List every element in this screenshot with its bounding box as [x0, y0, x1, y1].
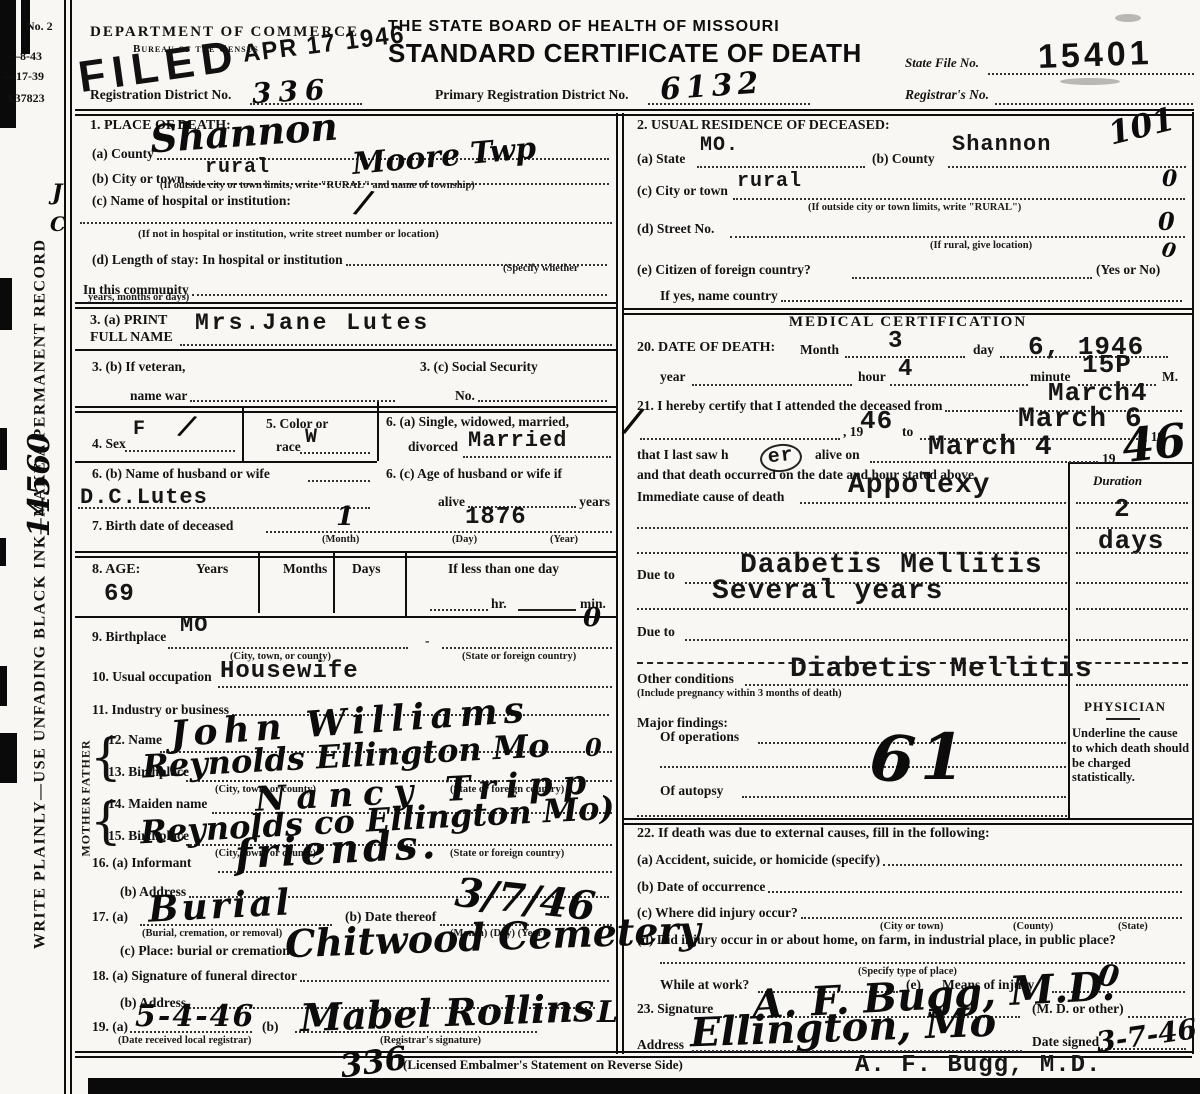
- injury-state-caption: (State): [1118, 921, 1148, 932]
- date-of-death-label: 20. DATE OF DEATH:: [637, 340, 775, 355]
- field-name-war: name war: [130, 388, 398, 404]
- footer-district-number: 336: [338, 1042, 409, 1083]
- dotted-line: [890, 384, 1028, 386]
- dash: -: [425, 634, 430, 649]
- scan-smudge: [1115, 14, 1141, 22]
- findings-scribble2: 1: [920, 726, 965, 790]
- sex-value: F: [133, 420, 146, 440]
- disposition-label: 17. (a): [92, 910, 128, 925]
- dotted-line: [1076, 684, 1188, 686]
- citizen-label: (e) Citizen of foreign country?: [637, 263, 811, 278]
- father-name-label: 12. Name: [108, 733, 162, 748]
- scan-mark: [0, 538, 6, 566]
- field-date-occurrence: (b) Date of occurrence: [637, 879, 1185, 895]
- age-years-header: Years: [196, 562, 228, 577]
- birth-date-label: 7. Birth date of deceased: [92, 519, 233, 534]
- disposition-value: Burial: [147, 884, 293, 928]
- margin-scribble: C: [50, 214, 66, 234]
- field-name-country: If yes, name country: [660, 288, 1185, 304]
- rule: [75, 349, 616, 351]
- scan-mark: [0, 666, 7, 706]
- registration-district-value: 336: [251, 76, 332, 108]
- pregnancy-note: (Include pregnancy within 3 months of de…: [637, 688, 842, 699]
- dotted-line: [180, 344, 612, 346]
- death-hour-value: 4: [898, 358, 913, 382]
- dotted-line: [1076, 582, 1188, 584]
- other-conditions-value: Diabetis Mellitis: [790, 656, 1093, 684]
- form-code: —17-39: [4, 70, 44, 83]
- age-value: 69: [104, 583, 135, 607]
- birthplace-mark: 0: [583, 605, 601, 631]
- dotted-line: [697, 166, 865, 168]
- registrar-signature-value: Mabel Rollins: [299, 989, 595, 1037]
- month-label: Month: [800, 343, 839, 358]
- city-town-value: rural: [205, 158, 270, 178]
- race-value: W: [305, 428, 318, 448]
- birth-date-mark: 1: [336, 504, 354, 530]
- bottom-scan-bar: [88, 1078, 1200, 1094]
- street-mark2: 0: [1160, 239, 1177, 261]
- dotted-line: [637, 608, 1067, 610]
- field-accident-suicide: (a) Accident, suicide, or homicide (spec…: [637, 852, 1185, 868]
- other-conditions-label: Other conditions: [637, 672, 734, 687]
- age-label: 8. AGE:: [92, 562, 140, 577]
- dotted-line: [1076, 552, 1188, 554]
- margin-handwritten-number: 14560: [25, 425, 55, 545]
- residence-city-mark: 0: [1162, 168, 1177, 190]
- residence-state-value: MO.: [700, 136, 739, 156]
- dotted-line: [308, 480, 370, 482]
- immediate-cause-label: Immediate cause of death: [637, 490, 784, 505]
- rule: [75, 616, 616, 618]
- field-funeral-director: 18. (a) Signature of funeral director: [92, 968, 612, 984]
- scan-mark: [0, 278, 12, 330]
- age-days-header: Days: [352, 562, 381, 577]
- duration-box-line: [1068, 463, 1070, 818]
- dotted-line: [430, 609, 488, 611]
- registrar-received-caption: (Date received local registrar): [118, 1035, 251, 1046]
- board-heading: THE STATE BOARD OF HEALTH OF MISSOURI: [388, 18, 780, 36]
- registrar-sig-label: (b): [262, 1020, 279, 1035]
- dotted-line: [1076, 608, 1188, 610]
- to-label: to: [902, 425, 913, 440]
- color-race-label2: race: [276, 440, 301, 455]
- day-caption: (Day): [452, 534, 477, 545]
- veteran-label: 3. (b) If veteran,: [92, 360, 185, 375]
- scan-mark: [0, 0, 16, 128]
- dotted-line: [1076, 527, 1188, 529]
- dotted-line: [463, 456, 611, 458]
- due-to-label2: Due to: [637, 625, 675, 640]
- attended-year-value: 46: [860, 408, 893, 434]
- print-full-name-label1: 3. (a) PRINT: [90, 313, 167, 328]
- cell-line: [405, 553, 407, 616]
- dotted-line: [1076, 502, 1188, 504]
- while-at-work-label: While at work?: [660, 978, 749, 993]
- hour-label: hour: [858, 370, 886, 385]
- less-than-day-header: If less than one day: [448, 562, 559, 577]
- scan-mark: [0, 428, 7, 470]
- physician-address-value: Ellington, Mo: [689, 1003, 996, 1054]
- dotted-line: [640, 438, 840, 440]
- mother-maiden-label: 14. Maiden name: [108, 797, 207, 812]
- injury-place-label: (d) Did injury occur in or about home, o…: [637, 933, 1116, 948]
- form-right-border: [1192, 112, 1194, 1054]
- last-saw-year-value: 46: [1120, 417, 1188, 469]
- residence-county-label: (b) County: [872, 152, 935, 167]
- marital-value: Married: [468, 430, 567, 452]
- month-caption: (Month): [322, 534, 359, 545]
- dotted-line: [733, 198, 1185, 200]
- form-left-border: [64, 0, 72, 1094]
- registrar-received-label: 19. (a): [92, 1020, 128, 1035]
- sex-label: 4. Sex: [92, 437, 126, 452]
- primary-district-value: 6132: [659, 68, 764, 105]
- rule: [75, 406, 616, 413]
- father-birthplace-mark: 0: [585, 736, 602, 760]
- residence-city-label: (c) City or town: [637, 184, 728, 199]
- year-label: year: [660, 370, 685, 385]
- due-to-duration-value: Several years: [712, 578, 943, 606]
- hr-label: hr.: [491, 597, 507, 612]
- form-code: —8-43: [8, 50, 42, 63]
- primary-district-label: Primary Registration District No.: [435, 88, 628, 103]
- dotted-line: [730, 236, 1185, 238]
- last-saw-label: that I last saw h: [637, 448, 729, 463]
- findings-scribble: 6: [867, 726, 918, 794]
- physician-sidebar-title: PHYSICIAN: [1084, 700, 1166, 714]
- last-saw-value: March 4: [928, 434, 1053, 462]
- dotted-line: [442, 647, 612, 649]
- birth-year-value: 1876: [465, 506, 527, 530]
- duration-header: Duration: [1093, 474, 1142, 488]
- residence-city-value: rural: [737, 172, 802, 192]
- residence-rural-note: (If outside city or town limits, write "…: [808, 202, 1021, 213]
- birthplace-label: 9. Birthplace: [92, 630, 166, 645]
- duration-value: 2: [1114, 496, 1131, 522]
- field-where-injury: (c) Where did injury occur?: [637, 905, 1185, 921]
- rule: [75, 461, 377, 463]
- dotted-line: [80, 222, 612, 224]
- meridiem-label: M.: [1162, 370, 1178, 385]
- injury-county-caption: (County): [1013, 921, 1053, 932]
- dotted-line: [660, 766, 1066, 768]
- state-file-number-stamp: 15401: [1037, 34, 1153, 77]
- dotted-line: [168, 647, 408, 649]
- state-country-caption: (State or foreign country): [450, 848, 564, 859]
- full-name-value: Mrs.Jane Lutes: [195, 312, 430, 335]
- of-operations-label: Of operations: [660, 730, 739, 745]
- dotted-line: [266, 531, 612, 533]
- physician-sidebar-note: Underline the cause to which death shoul…: [1072, 726, 1190, 785]
- of-autopsy-label: Of autopsy: [660, 784, 723, 799]
- dashed-line: [1076, 662, 1188, 664]
- registrar-received-value: 5-4-46: [135, 1002, 255, 1032]
- dotted-line: [948, 166, 1186, 168]
- street-no-label: (d) Street No.: [637, 222, 714, 237]
- margin-vertical-instruction: WRITE PLAINLY—USE UNFADING BLACK INK—MAK…: [32, 141, 50, 1046]
- dotted-line: [800, 502, 1066, 504]
- cell-line: [377, 400, 379, 461]
- scan-smudge: [1060, 78, 1120, 85]
- attended-slash-mark: /: [624, 403, 643, 439]
- year-caption: (Year): [550, 534, 578, 545]
- physician-name-typed: A. F. Bugg, M.D.: [855, 1054, 1101, 1078]
- dotted-line: [692, 384, 852, 386]
- age-months-header: Months: [283, 562, 327, 577]
- medical-certification-title: MEDICAL CERTIFICATION: [624, 314, 1192, 331]
- community-note: years, months or days): [88, 292, 189, 303]
- burial-place-value: Chitwood Cemetery: [284, 911, 701, 963]
- rural-note: (If outside city or town limits, write "…: [160, 180, 475, 191]
- field-ssn: No.: [455, 388, 610, 404]
- duration-unit: days: [1098, 528, 1164, 554]
- birthplace-value: MO: [180, 615, 208, 637]
- death-minute-value: 15P: [1082, 352, 1132, 378]
- immediate-cause-value: Appolexy: [848, 472, 990, 500]
- date-signed-label: Date signed: [1032, 1035, 1099, 1050]
- spouse-name-value: D.C.Lutes: [80, 487, 208, 509]
- marital-label2: divorced: [408, 440, 458, 455]
- embalmer-note: (Licensed Embalmer's Statement on Revers…: [403, 1058, 683, 1072]
- color-race-label1: 5. Color or: [266, 417, 328, 432]
- dotted-line: [637, 815, 1067, 817]
- due-to-label: Due to: [637, 568, 675, 583]
- cell-line: [333, 553, 335, 613]
- dotted-line: [685, 639, 1067, 641]
- registrars-no-label: Registrar's No.: [905, 88, 989, 103]
- spouse-age-label: 6. (c) Age of husband or wife if: [386, 467, 562, 482]
- print-full-name-label2: FULL NAME: [90, 330, 173, 345]
- residence-state-label: (a) State: [637, 152, 685, 167]
- dotted-line: [852, 277, 1092, 279]
- dotted-line: [218, 686, 612, 688]
- rule: [624, 818, 1192, 825]
- state-file-label: State File No.: [905, 56, 979, 70]
- form-code: X37823: [6, 92, 45, 105]
- certificate-title: STANDARD CERTIFICATE OF DEATH: [388, 38, 862, 69]
- informant-label: 16. (a) Informant: [92, 856, 191, 871]
- dotted-line: [1076, 639, 1188, 641]
- dotted-line: [125, 450, 235, 452]
- year19-label3: 19: [1102, 452, 1116, 467]
- spouse-name-label: 6. (b) Name of husband or wife: [92, 467, 270, 482]
- scan-mark: [0, 733, 17, 783]
- sex-mark: /: [179, 411, 196, 441]
- physician-address-label: Address: [637, 1038, 684, 1053]
- cell-line: [242, 408, 244, 461]
- street-note: (If rural, give location): [930, 240, 1032, 251]
- residence-title: 2. USUAL RESIDENCE OF DECEASED:: [637, 118, 890, 133]
- rule: [75, 551, 616, 558]
- street-mark: 0: [1158, 210, 1175, 234]
- dotted-line: [78, 507, 370, 509]
- hospital-label: (c) Name of hospital or institution:: [92, 194, 291, 209]
- external-causes-title: 22. If death was due to external causes,…: [637, 826, 990, 841]
- burial-place-label: (c) Place: burial or cremation: [120, 944, 290, 959]
- registration-district-label: Registration District No.: [90, 88, 231, 103]
- residence-county-value: Shannon: [952, 134, 1051, 156]
- occupation-value: Housewife: [220, 660, 359, 684]
- death-month-value: 3: [888, 330, 903, 354]
- informant-value: friends.: [234, 825, 440, 876]
- day-label: day: [973, 343, 994, 358]
- dotted-line: [637, 527, 1067, 529]
- cell-line: [258, 553, 260, 613]
- social-security-label: 3. (c) Social Security: [420, 360, 538, 375]
- line: [518, 609, 576, 611]
- dotted-line: [300, 452, 370, 454]
- death-certificate-scan: No. 2 —8-43 —17-39 X37823 WRITE PLAINLY—…: [0, 0, 1200, 1094]
- alive-on-label: alive on: [815, 448, 860, 463]
- yes-or-no-caption: (Yes or No): [1096, 263, 1160, 278]
- line: [1106, 718, 1140, 720]
- dotted-line: [745, 684, 1067, 686]
- margin-mark: L: [597, 998, 618, 1028]
- specify-whether-note: (Specify whether: [503, 263, 579, 274]
- margin-scribble: J: [52, 182, 62, 204]
- injury-city-caption: (City or town): [880, 921, 943, 932]
- form-number: No. 2: [26, 20, 53, 33]
- hospital-note: (If not in hospital or institution, writ…: [138, 228, 439, 240]
- state-country-caption: (State or foreign country): [462, 651, 576, 662]
- rule: [75, 302, 616, 309]
- attended-from-value: March4: [1048, 380, 1148, 406]
- occupation-label: 10. Usual occupation: [92, 670, 212, 685]
